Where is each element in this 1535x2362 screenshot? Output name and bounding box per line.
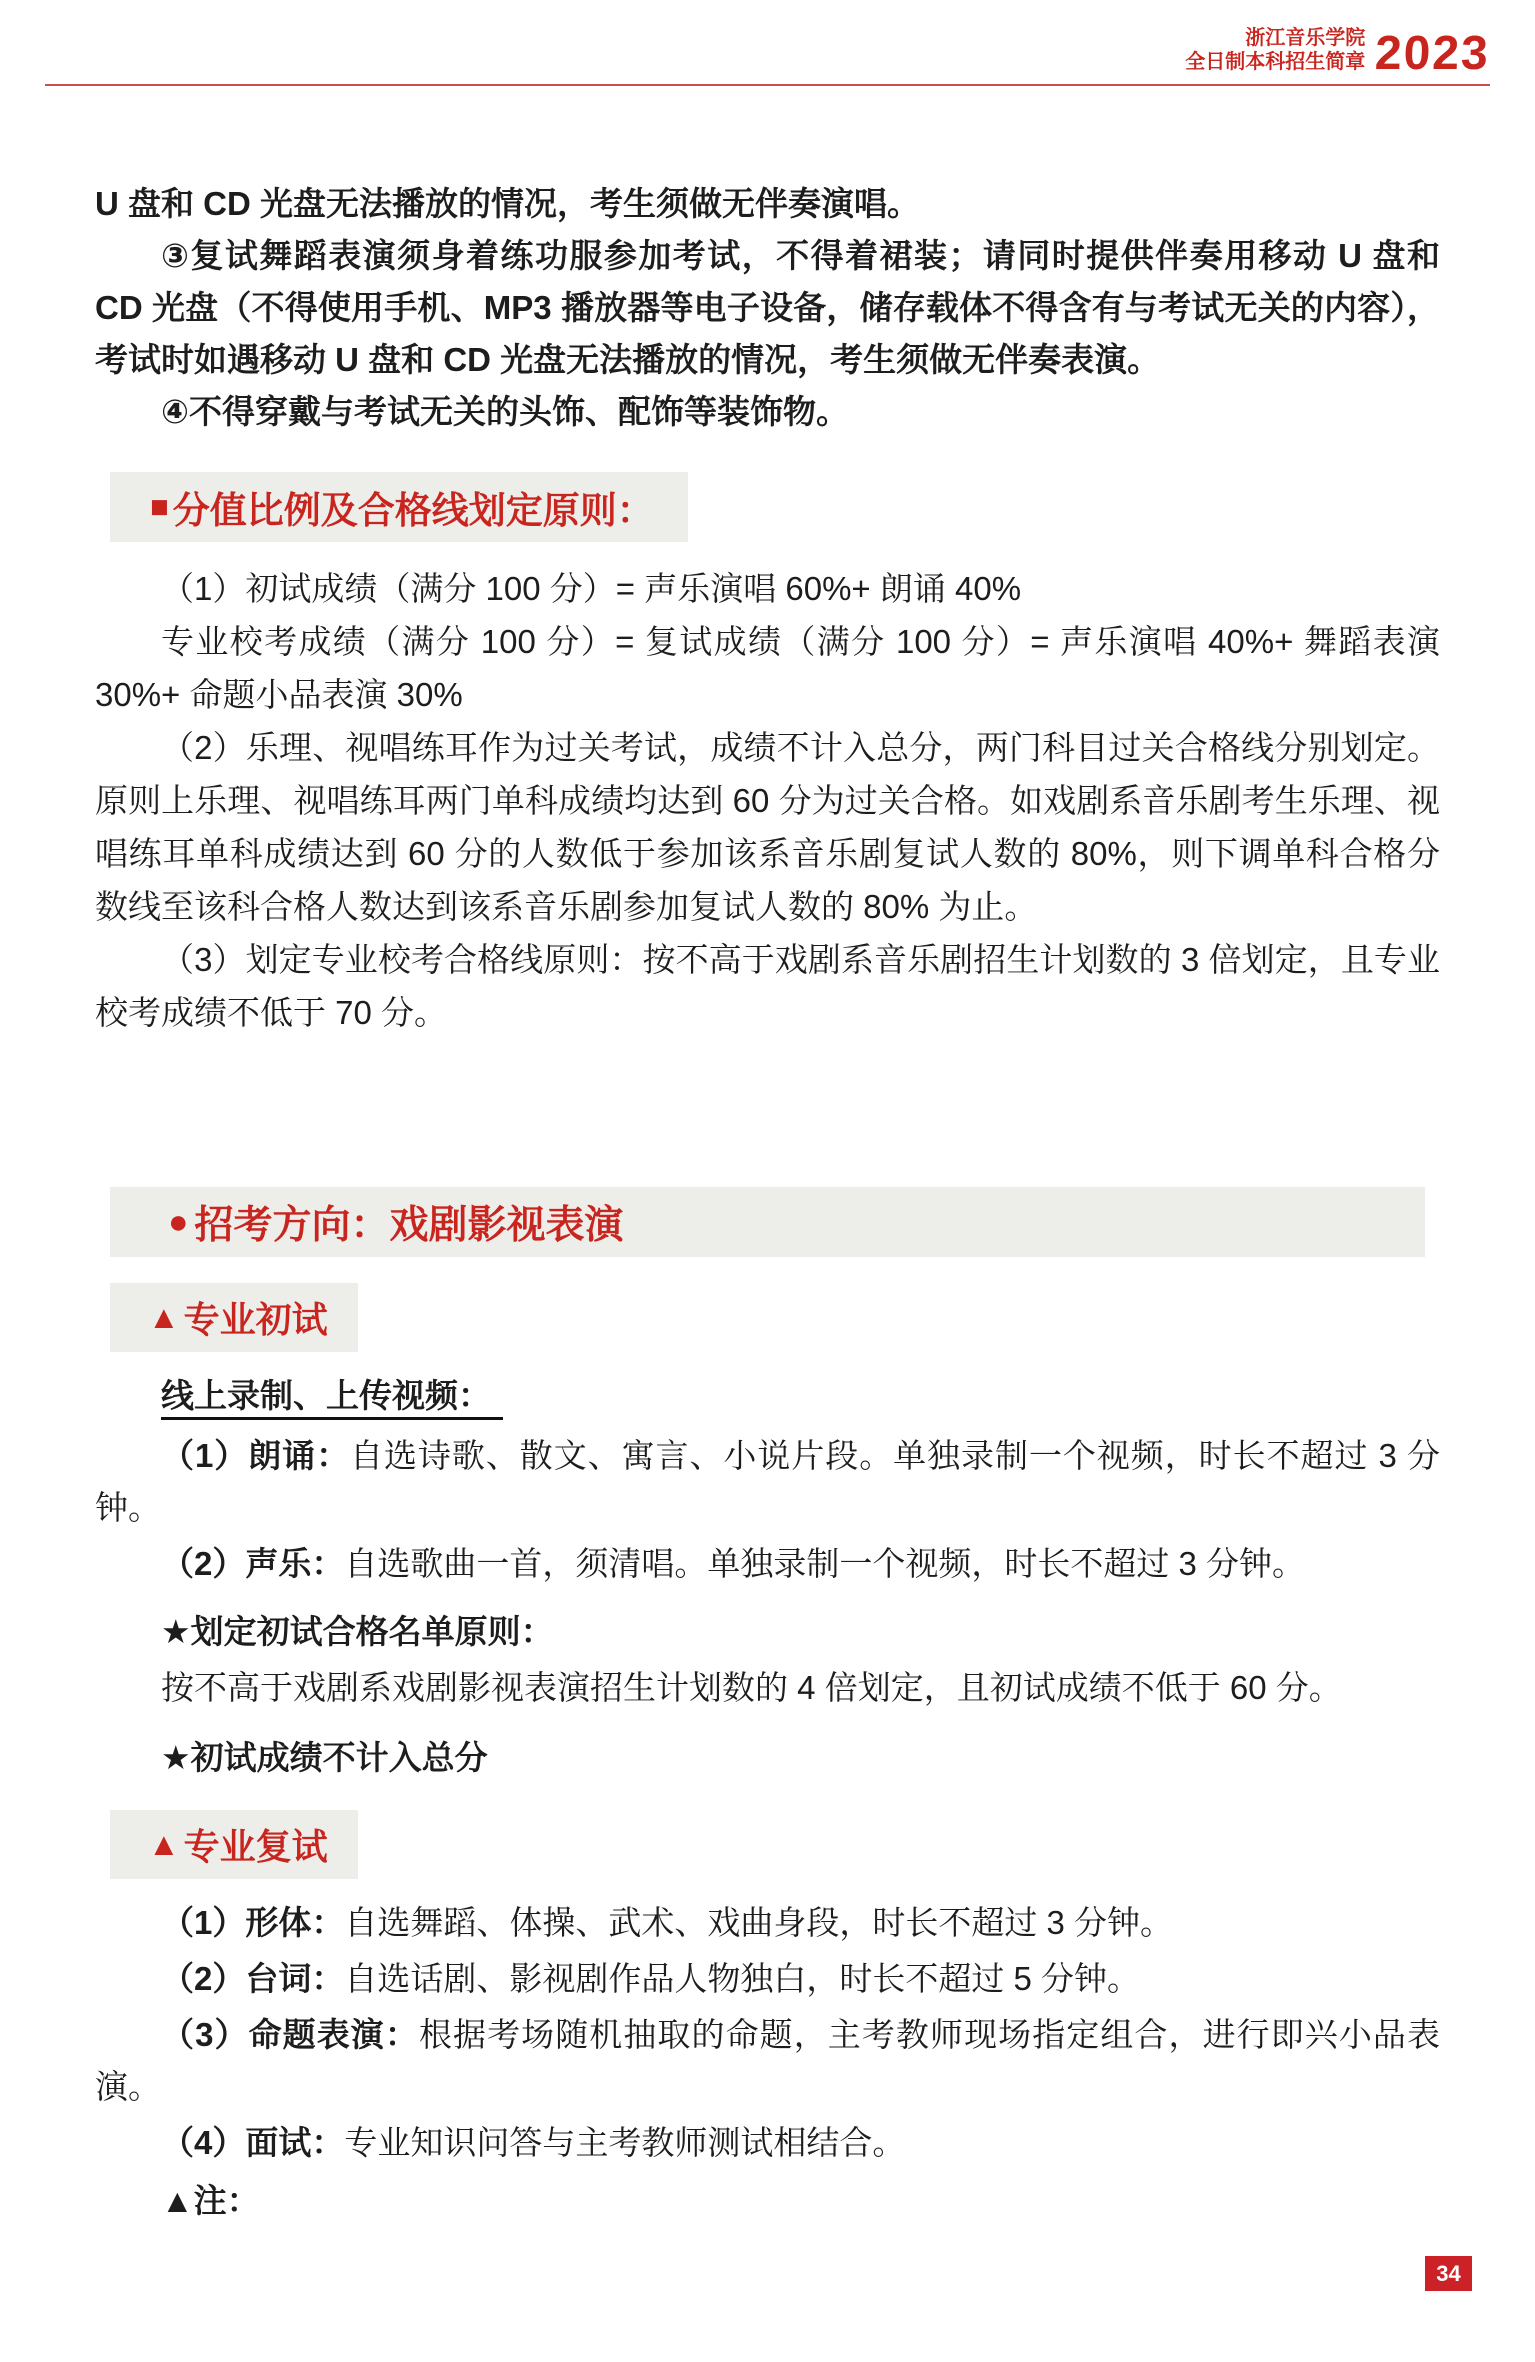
red-circle-icon: ● [168,1203,189,1241]
initial-test-item-2: （2）声乐：自选歌曲一首，须清唱。单独录制一个视频，时长不超过 3 分钟。 [95,1538,1440,1590]
retest-item-4: （4）面试：专业知识问答与主考教师测试相结合。 [95,2117,1440,2169]
retest-item-2: （2）台词：自选话剧、影视剧作品人物独白，时长不超过 5 分钟。 [95,1953,1440,2005]
section-header-score-rules: ■分值比例及合格线划定原则： [110,472,688,542]
online-upload-note-paragraph: 线上录制、上传视频： [95,1370,1440,1422]
page-number-badge: 34 [1425,2256,1472,2291]
retest-item-2-body: 自选话剧、影视剧作品人物独白，时长不超过 5 分钟。 [344,1960,1140,1997]
initial-pass-rule-body: 按不高于戏剧系戏剧影视表演招生计划数的 4 倍划定，且初试成绩不低于 60 分。 [95,1662,1440,1714]
retest-heading: 专业复试 [184,1826,328,1867]
red-square-icon: ■ [150,489,169,524]
red-triangle-icon: ▲ [148,1299,180,1335]
note-label: ▲注： [95,2175,1440,2227]
intro-continuation-paragraph: U 盘和 CD 光盘无法播放的情况，考生须做无伴奏演唱。 [95,178,1440,230]
brochure-page: 浙江音乐学院 全日制本科招生简章 2023 U 盘和 CD 光盘无法播放的情况，… [0,0,1535,2362]
online-upload-note: 线上录制、上传视频： [161,1377,503,1420]
retest-item-3-lead: （3）命题表演： [161,2016,419,2053]
retest-item-1-lead: （1）形体： [161,1904,344,1941]
retest-item-3: （3）命题表演：根据考场随机抽取的命题，主考教师现场指定组合，进行即兴小品表演。 [95,2009,1440,2113]
score-rules-paragraph-4: （3）划定专业校考合格线原则：按不高于戏剧系音乐剧招生计划数的 3 倍划定，且专… [95,933,1440,1039]
retest-item-2-lead: （2）台词： [161,1960,344,1997]
intro-item3-paragraph: ③复试舞蹈表演须身着练功服参加考试，不得着裙装；请同时提供伴奏用移动 U 盘和 … [95,230,1440,386]
score-rules-paragraph-1: （1）初试成绩（满分 100 分）= 声乐演唱 60%+ 朗诵 40% [95,562,1440,615]
header-school-name: 浙江音乐学院 [1185,26,1365,50]
initial-score-note: ★初试成绩不计入总分 [95,1732,1440,1784]
initial-test-item-1-lead: （1）朗诵： [161,1437,350,1474]
page-number: 34 [1436,2261,1460,2287]
score-rules-title: 分值比例及合格线划定原则： [173,490,654,531]
retest-item-4-body: 专业知识问答与主考教师测试相结合。 [344,2124,905,2161]
header-titles: 浙江音乐学院 全日制本科招生简章 [1185,26,1365,74]
retest-item-4-lead: （4）面试： [161,2124,344,2161]
section-band-direction: ●招考方向：戏剧影视表演 [110,1187,1425,1257]
initial-pass-rule-title: ★划定初试合格名单原则： [95,1606,1440,1658]
header-rule-line [45,84,1490,86]
initial-test-item-2-lead: （2）声乐： [161,1545,344,1582]
page-header: 浙江音乐学院 全日制本科招生简章 2023 [0,0,1535,86]
header-row: 浙江音乐学院 全日制本科招生简章 2023 [0,26,1535,74]
initial-test-item-1: （1）朗诵：自选诗歌、散文、寓言、小说片段。单独录制一个视频，时长不超过 3 分… [95,1430,1440,1534]
page-body: U 盘和 CD 光盘无法播放的情况，考生须做无伴奏演唱。 ③复试舞蹈表演须身着练… [0,178,1535,2227]
retest-item-1-body: 自选舞蹈、体操、武术、戏曲身段，时长不超过 3 分钟。 [344,1904,1173,1941]
section-header-initial-test: ▲专业初试 [110,1283,358,1352]
header-brochure-title: 全日制本科招生简章 [1185,50,1365,74]
direction-title: 招考方向：戏剧影视表演 [195,1204,624,1247]
score-rules-paragraph-3: （2）乐理、视唱练耳作为过关考试，成绩不计入总分，两门科目过关合格线分别划定。原… [95,721,1440,933]
score-rules-paragraph-2: 专业校考成绩（满分 100 分）= 复试成绩（满分 100 分）= 声乐演唱 4… [95,615,1440,721]
red-triangle-icon: ▲ [148,1826,180,1862]
section-header-retest: ▲专业复试 [110,1810,358,1879]
initial-test-item-2-body: 自选歌曲一首，须清唱。单独录制一个视频，时长不超过 3 分钟。 [344,1545,1305,1582]
intro-item4-paragraph: ④不得穿戴与考试无关的头饰、配饰等装饰物。 [95,386,1440,438]
initial-test-heading: 专业初试 [184,1299,328,1340]
header-year-logo: 2023 [1375,34,1491,74]
retest-item-1: （1）形体：自选舞蹈、体操、武术、戏曲身段，时长不超过 3 分钟。 [95,1897,1440,1949]
